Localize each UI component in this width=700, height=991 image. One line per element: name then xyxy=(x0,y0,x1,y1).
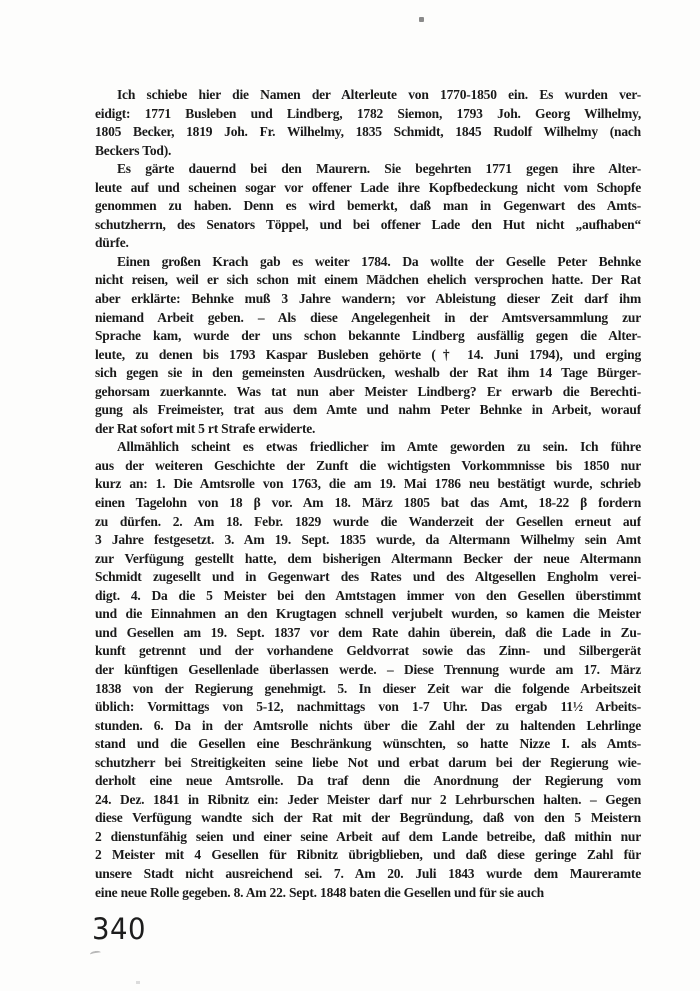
text-line: nicht reisen, weil er sich schon mit ein… xyxy=(95,271,641,290)
paragraph: Allmählich scheint es etwas friedlicher … xyxy=(95,438,641,902)
text-line: zur Verfügung gestellt hatte, dem bisher… xyxy=(95,550,641,569)
text-line: 3 Jahre festgesetzt. 3. Am 19. Sept. 183… xyxy=(95,531,641,550)
text-line: Allmählich scheint es etwas friedlicher … xyxy=(95,438,641,457)
text-line: Beckers Tod). xyxy=(95,142,641,161)
text-line: derholt eine neue Amtsrolle. Da traf den… xyxy=(95,772,641,791)
text-line: 2 Meister mit 4 Gesellen für Ribnitz übr… xyxy=(95,846,641,865)
text-line: aus der weiteren Geschichte der Zunft di… xyxy=(95,457,641,476)
page-number: 340 xyxy=(92,912,146,946)
text-line: diese Verfügung wandte sich der Rat mit … xyxy=(95,809,641,828)
text-line: 1838 von der Regierung genehmigt. 5. In … xyxy=(95,680,641,699)
text-line: einen Tagelohn von 18 β vor. Am 18. März… xyxy=(95,494,641,513)
text-line: unsere Stadt nicht ausreichend sei. 7. A… xyxy=(95,865,641,884)
paragraph: Einen großen Krach gab es weiter 1784. D… xyxy=(95,253,641,438)
text-line: eine neue Rolle gegeben. 8. Am 22. Sept.… xyxy=(95,884,641,903)
text-line: Ich schiebe hier die Namen der Alterleut… xyxy=(95,86,641,105)
text-line: sich gegen sie in den gemeinsten Ausdrüc… xyxy=(95,364,641,383)
text-line: eidigt: 1771 Busleben und Lindberg, 1782… xyxy=(95,105,641,124)
text-line: dürfe. xyxy=(95,234,641,253)
text-line: gung als Freimeister, trat aus dem Amte … xyxy=(95,401,641,420)
text-line: stunden. 6. Da in der Amtsrolle nichts ü… xyxy=(95,717,641,736)
text-line: aber erklärte: Behnke muß 3 Jahre wander… xyxy=(95,290,641,309)
text-line: 2 dienstunfähig seien und einer seine Ar… xyxy=(95,828,641,847)
text-line: schutzherr bei Streitigkeiten seine lieb… xyxy=(95,754,641,773)
paragraph: Es gärte dauernd bei den Maurern. Sie be… xyxy=(95,160,641,253)
scan-speck-icon xyxy=(136,981,140,984)
text-line: Sprache kam, wurde der uns schon bekannt… xyxy=(95,327,641,346)
text-line: Schmidt zugesellt und in Gegenwart des R… xyxy=(95,568,641,587)
text-line: leute auf und scheinen sogar vor offener… xyxy=(95,179,641,198)
text-line: Einen großen Krach gab es weiter 1784. D… xyxy=(95,253,641,272)
text-line: 24. Dez. 1841 in Ribnitz ein: Jeder Meis… xyxy=(95,791,641,810)
text-line: gehorsam zuerkannte. Was tat nun aber Me… xyxy=(95,383,641,402)
text-line: 1805 Becker, 1819 Joh. Fr. Wilhelmy, 183… xyxy=(95,123,641,142)
text-line: leute, zu denen bis 1793 Kaspar Busleben… xyxy=(95,346,641,365)
paragraph: Ich schiebe hier die Namen der Alterleut… xyxy=(95,86,641,160)
text-line: zu dürfen. 2. Am 18. Febr. 1829 wurde di… xyxy=(95,513,641,532)
text-line: Es gärte dauernd bei den Maurern. Sie be… xyxy=(95,160,641,179)
text-line: digt. 4. Da die 5 Meister bei den Amtsta… xyxy=(95,587,641,606)
text-line: niemand Arbeit geben. – Als diese Angele… xyxy=(95,309,641,328)
body-text: Ich schiebe hier die Namen der Alterleut… xyxy=(95,86,641,902)
text-line: kurz an: 1. Die Amtsrolle von 1763, die … xyxy=(95,475,641,494)
scan-smudge-icon xyxy=(90,950,102,957)
text-line: der Rat sofort mit 5 rt Strafe erwiderte… xyxy=(95,420,641,439)
scan-speck-icon xyxy=(419,17,424,22)
book-page: Ich schiebe hier die Namen der Alterleut… xyxy=(0,0,700,991)
text-line: und Gesellen am 19. Sept. 1837 vor dem R… xyxy=(95,624,641,643)
text-line: schutzherrn, des Senators Töppel, und be… xyxy=(95,216,641,235)
text-line: genommen zu haben. Denn es wird bemerkt,… xyxy=(95,197,641,216)
text-line: üblich: Vormittags von 5-12, nachmittags… xyxy=(95,698,641,717)
text-line: der künftigen Gesellenlade überlassen we… xyxy=(95,661,641,680)
text-line: stand und die Gesellen eine Beschränkung… xyxy=(95,735,641,754)
text-line: und die Einnahmen an den Krugtagen schne… xyxy=(95,605,641,624)
text-line: kunft getrennt und der vorhandene Geldvo… xyxy=(95,642,641,661)
